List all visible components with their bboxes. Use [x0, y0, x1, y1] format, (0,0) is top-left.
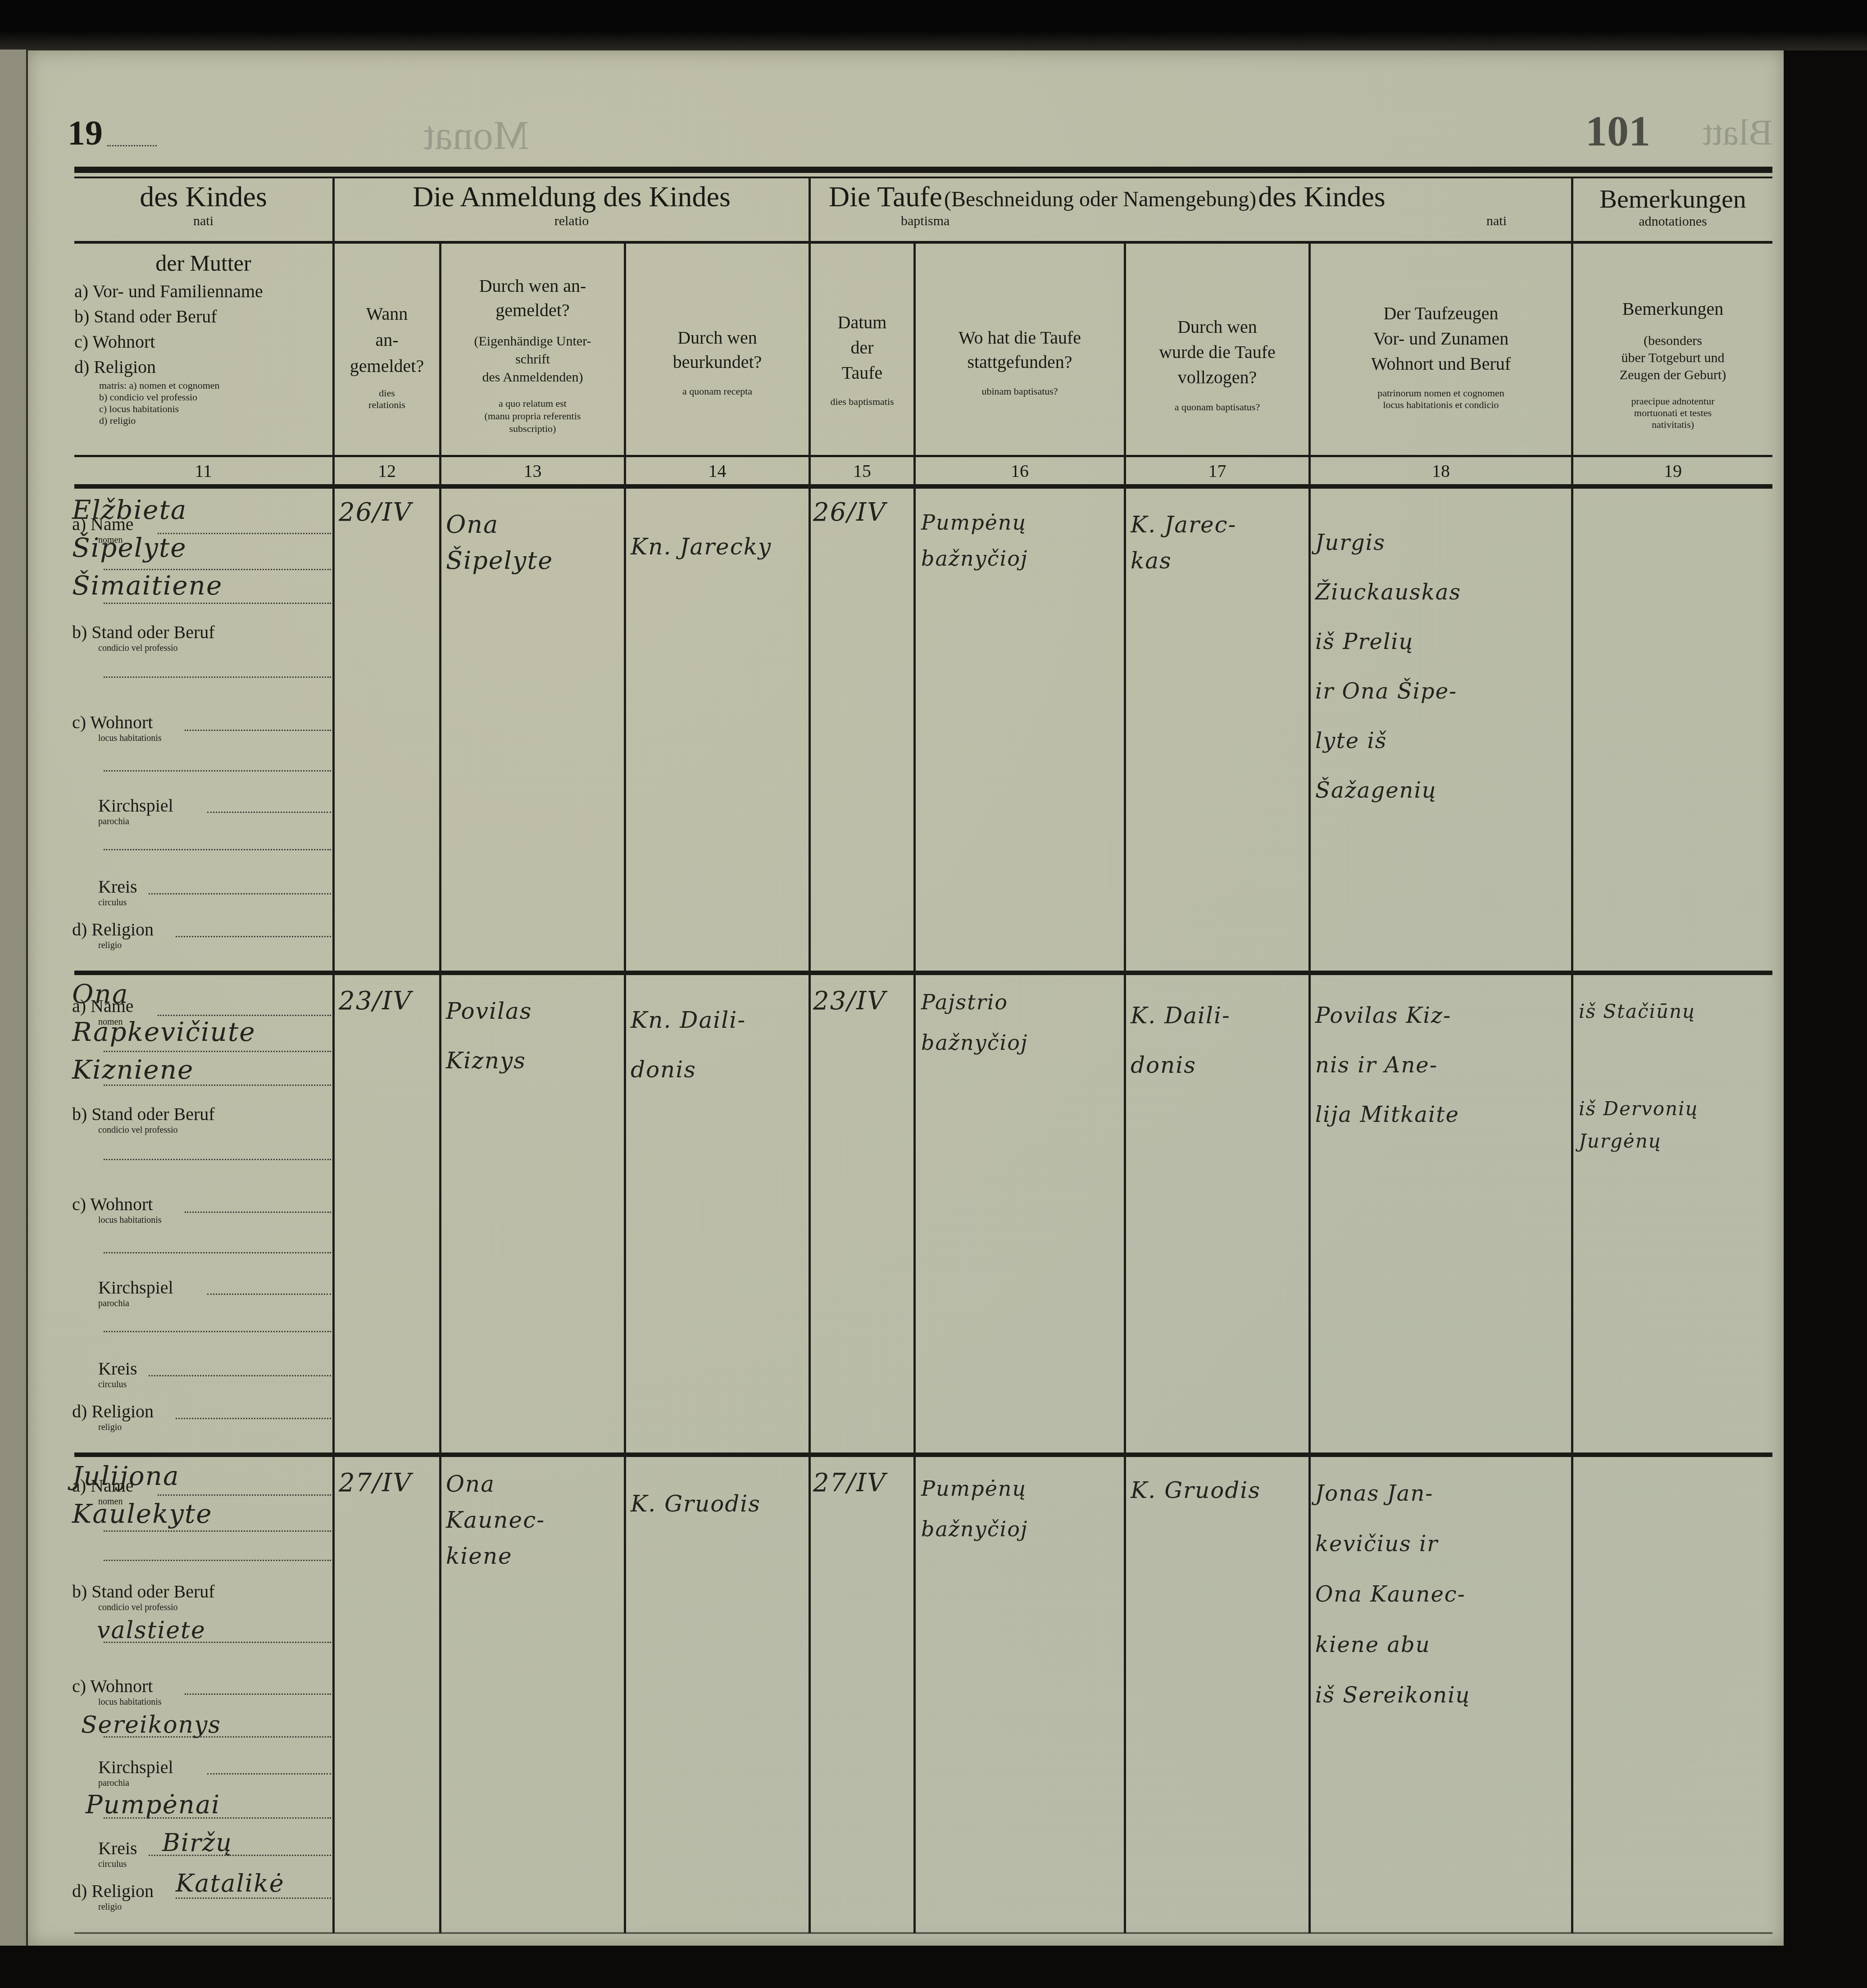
dotted-line	[149, 1375, 331, 1376]
registered-date: 27/IV	[339, 1468, 438, 1498]
column-lines: a) Vor- und Familienname b) Stand oder B…	[74, 279, 332, 380]
mother-name-value: Julijona Kaulekyte	[72, 1457, 331, 1533]
entry-row-1-mother: a) Name nomen Elžbieta Šipelyte Šimaitie…	[72, 491, 331, 971]
dotted-line	[104, 1252, 331, 1253]
label-stand-latin: condicio vel professio	[98, 643, 178, 654]
year-prefix: 19	[68, 113, 103, 153]
label-wohnort: c) Wohnort	[72, 1194, 153, 1215]
label-kreis-latin: circulus	[98, 1859, 127, 1870]
group-latin-left: baptisma	[901, 213, 949, 229]
entry-row-3-mother: a) Name nomen Julijona Kaulekyte b) Stan…	[72, 1457, 331, 1934]
group-title-parenthetical: (Beschneidung oder Namengebung)	[944, 187, 1256, 211]
label-kirchspiel-latin: parochia	[98, 1298, 129, 1309]
label-kreis-latin: circulus	[98, 898, 127, 908]
label-kirchspiel-latin: parochia	[98, 1778, 129, 1788]
label-religion-latin: religio	[98, 1422, 122, 1433]
top-thin-rule	[74, 177, 1772, 178]
group-header-registration: Die Anmeldung des Kindes relatio	[335, 180, 809, 229]
label-kreis: Kreis	[98, 876, 137, 897]
column-divider	[624, 243, 626, 1933]
column-header-12: Wann an- gemeldet? dies relationis	[335, 293, 439, 419]
group-header-rule	[74, 241, 1772, 244]
column-latin: praecipue adnotentur mortuonati et teste…	[1573, 395, 1772, 431]
label-religion: d) Religion	[72, 1880, 154, 1902]
recorded-by: Kn. Daili- donis	[631, 995, 809, 1094]
column-title: Datum der Taufe	[811, 310, 913, 386]
dotted-line	[207, 1773, 331, 1775]
label-stand: b) Stand oder Beruf	[72, 1103, 215, 1125]
mother-wohnort-value: Sereikonys	[81, 1711, 221, 1738]
label-kreis: Kreis	[98, 1838, 137, 1859]
column-latin: ubinam baptisatus?	[916, 385, 1124, 398]
label-religion: d) Religion	[72, 919, 154, 940]
column-title: Durch wen wurde die Taufe vollzogen?	[1126, 314, 1308, 390]
godparents: Jonas Jan- kevičius ir Ona Kaunec- kiene…	[1315, 1468, 1572, 1720]
label-stand: b) Stand oder Beruf	[72, 1581, 215, 1602]
binding-left-page	[0, 50, 29, 1946]
label-kreis-latin: circulus	[98, 1380, 127, 1390]
group-latin: nati	[74, 213, 332, 229]
dotted-line	[176, 1418, 331, 1419]
registered-by: Povilas Kiznys	[446, 986, 622, 1085]
godparents: Povilas Kiz- nis ir Ane- lija Mitkaite	[1315, 991, 1572, 1139]
column-latin: dies relationis	[335, 387, 439, 411]
column-latin: a quo relatum est (manu propria referent…	[441, 397, 624, 435]
dotted-line	[104, 676, 331, 678]
label-wohnort-latin: locus habitationis	[98, 1697, 162, 1707]
group-latin-right: nati	[1486, 213, 1507, 229]
column-header-15: Datum der Taufe dies baptismatis	[811, 302, 913, 416]
column-header-14: Durch wen beurkundet? a quonam recepta	[626, 318, 809, 406]
label-kirchspiel: Kirchspiel	[98, 795, 173, 816]
column-divider	[809, 177, 811, 1933]
baptism-place: Pumpėnų bažnyčioj	[921, 504, 1124, 576]
column-latin: a quonam baptisatus?	[1126, 401, 1308, 413]
column-line: a) Vor- und Familienname	[74, 279, 332, 304]
baptism-date: 27/IV	[813, 1468, 914, 1498]
baptized-by: K. Daili- donis	[1131, 991, 1308, 1090]
label-wohnort: c) Wohnort	[72, 712, 153, 733]
group-title: des Kindes	[74, 180, 332, 213]
column-number: 15	[811, 460, 913, 481]
column-latin: dies baptismatis	[811, 395, 913, 408]
dotted-line	[104, 1159, 331, 1160]
column-number: 14	[626, 460, 809, 481]
column-header-18: Der Taufzeugen Vor- und Zunamen Wohnort …	[1311, 293, 1571, 419]
column-latin: a quonam recepta	[626, 385, 809, 398]
dotted-line	[104, 1560, 331, 1561]
column-header-17: Durch wen wurde die Taufe vollzogen? a q…	[1126, 306, 1308, 422]
dotted-line	[207, 812, 331, 813]
column-number: 17	[1126, 460, 1308, 481]
mother-kirchspiel-value: Pumpėnai	[86, 1790, 220, 1820]
column-number: 12	[335, 460, 439, 481]
dotted-line	[176, 936, 331, 937]
registered-by: Ona Šipelyte	[446, 507, 622, 579]
column-number: 11	[74, 460, 332, 481]
scan-top-edge	[0, 0, 1867, 50]
column-title: Durch wen an- gemeldet?	[441, 274, 624, 322]
entry-row-2-mother: a) Name nomen Ona Rapkevičiute Kizniene …	[72, 975, 331, 1452]
sheet-number: 101	[1585, 106, 1650, 156]
dotted-line	[104, 770, 331, 772]
subheader-rule	[74, 455, 1772, 457]
label-kreis: Kreis	[98, 1358, 137, 1379]
column-line: d) Religion	[74, 354, 332, 380]
column-subtitle: (Eigenhändige Unter- schrift des Anmelde…	[441, 332, 624, 386]
column-latin: matris: a) nomen et cognomen b) condicio…	[74, 380, 332, 427]
column-latin: patrinorum nomen et cognomen locus habit…	[1311, 387, 1571, 411]
dotted-line	[104, 1642, 331, 1643]
bottom-rule	[74, 1932, 1772, 1934]
group-header-baptism: Die Taufe (Beschneidung oder Namengebung…	[829, 180, 1571, 230]
registered-date: 26/IV	[339, 498, 438, 527]
column-title: der Mutter	[74, 250, 332, 276]
column-header-19: Bemerkungen (besonders über Totgeburt un…	[1573, 288, 1772, 439]
label-stand-latin: condicio vel professio	[98, 1125, 178, 1135]
column-header-11: der Mutter a) Vor- und Familienname b) S…	[74, 250, 332, 427]
year-dots	[107, 145, 157, 146]
dotted-line	[185, 1693, 331, 1695]
top-thick-rule	[74, 167, 1772, 173]
column-header-13: Durch wen an- gemeldet? (Eigenhändige Un…	[441, 266, 624, 443]
group-title: Die Anmeldung des Kindes	[335, 180, 809, 213]
dotted-line	[104, 849, 331, 850]
column-numbers-rule	[74, 484, 1772, 489]
column-title: Wo hat die Taufe stattgefunden?	[916, 326, 1124, 374]
label-wohnort: c) Wohnort	[72, 1675, 153, 1697]
column-divider	[439, 243, 441, 1933]
column-title: Der Taufzeugen Vor- und Zunamen Wohnort …	[1311, 301, 1571, 377]
column-divider	[1308, 243, 1311, 1933]
label-stand-latin: condicio vel professio	[98, 1602, 178, 1613]
row-divider-2	[74, 1452, 1772, 1457]
group-latin: relatio	[335, 213, 809, 229]
dotted-line	[104, 1736, 331, 1738]
group-title: Bemerkungen	[1573, 184, 1772, 214]
column-line: c) Wohnort	[74, 329, 332, 354]
label-kirchspiel: Kirchspiel	[98, 1277, 173, 1298]
group-header-remarks: Bemerkungen adnotationes	[1573, 184, 1772, 229]
group-latin: adnotationes	[1573, 214, 1772, 229]
column-line: b) Stand oder Beruf	[74, 304, 332, 329]
group-title-end: des Kindes	[1258, 181, 1385, 213]
registered-by: Ona Kaunec- kiene	[446, 1466, 622, 1574]
label-stand: b) Stand oder Beruf	[72, 622, 215, 643]
column-title: Bemerkungen	[1573, 296, 1772, 322]
label-religion-latin: religio	[98, 940, 122, 951]
baptism-place: Pajstrio bažnyčioj	[921, 982, 1124, 1063]
recorded-by: Kn. Jarecky	[631, 534, 809, 560]
label-religion-latin: religio	[98, 1902, 122, 1912]
baptism-place: Pumpėnų bažnyčioj	[921, 1468, 1124, 1549]
bleed-through-month: Monat	[423, 113, 529, 159]
registered-date: 23/IV	[339, 986, 438, 1016]
column-number: 13	[441, 460, 624, 481]
column-number: 19	[1573, 460, 1772, 481]
column-number: 16	[916, 460, 1124, 481]
dotted-line	[185, 1212, 331, 1213]
recorded-by: K. Gruodis	[631, 1491, 809, 1517]
group-header-child: des Kindes nati	[74, 180, 332, 229]
label-wohnort-latin: locus habitationis	[98, 733, 162, 744]
baptism-date: 26/IV	[813, 498, 914, 527]
godparents: Jurgis Žiuckauskas iš Prelių ir Ona Šipe…	[1315, 518, 1572, 815]
column-subtitle: (besonders über Totgeburt und Zeugen der…	[1573, 332, 1772, 384]
mother-religion-value: Katalikė	[176, 1869, 285, 1897]
label-kirchspiel: Kirchspiel	[98, 1757, 173, 1778]
mother-kreis-value: Biržų	[162, 1829, 232, 1857]
baptized-by: K. Jarec- kas	[1131, 507, 1308, 579]
column-title: Durch wen beurkundet?	[626, 326, 809, 374]
column-divider	[1124, 243, 1126, 1933]
dotted-line	[149, 893, 331, 894]
mother-name-value: Ona Rapkevičiute Kizniene	[72, 975, 331, 1089]
mother-name-value: Elžbieta Šipelyte Šimaitiene	[72, 491, 331, 604]
bleed-through-sheet-label: Blatt	[1703, 113, 1773, 154]
dotted-line	[207, 1294, 331, 1295]
mother-stand-value: valstiete	[97, 1617, 206, 1644]
dotted-line	[104, 1331, 331, 1332]
remarks: iš Stačiūnų iš Dervonių Jurgėnų	[1579, 995, 1772, 1157]
label-wohnort-latin: locus habitationis	[98, 1215, 162, 1225]
column-title: Wann an- gemeldet?	[335, 301, 439, 379]
group-title: Die Taufe	[829, 181, 942, 213]
baptized-by: K. Gruodis	[1131, 1477, 1308, 1503]
column-divider	[913, 243, 916, 1933]
column-divider	[332, 177, 335, 1933]
dotted-line	[176, 1897, 331, 1899]
label-kirchspiel-latin: parochia	[98, 817, 129, 827]
baptism-date: 23/IV	[813, 986, 914, 1016]
label-religion: d) Religion	[72, 1401, 154, 1422]
column-number: 18	[1311, 460, 1571, 481]
row-divider-1	[74, 971, 1772, 975]
dotted-line	[185, 730, 331, 731]
dotted-line	[104, 1817, 331, 1819]
column-header-16: Wo hat die Taufe stattgefunden? ubinam b…	[916, 318, 1124, 406]
